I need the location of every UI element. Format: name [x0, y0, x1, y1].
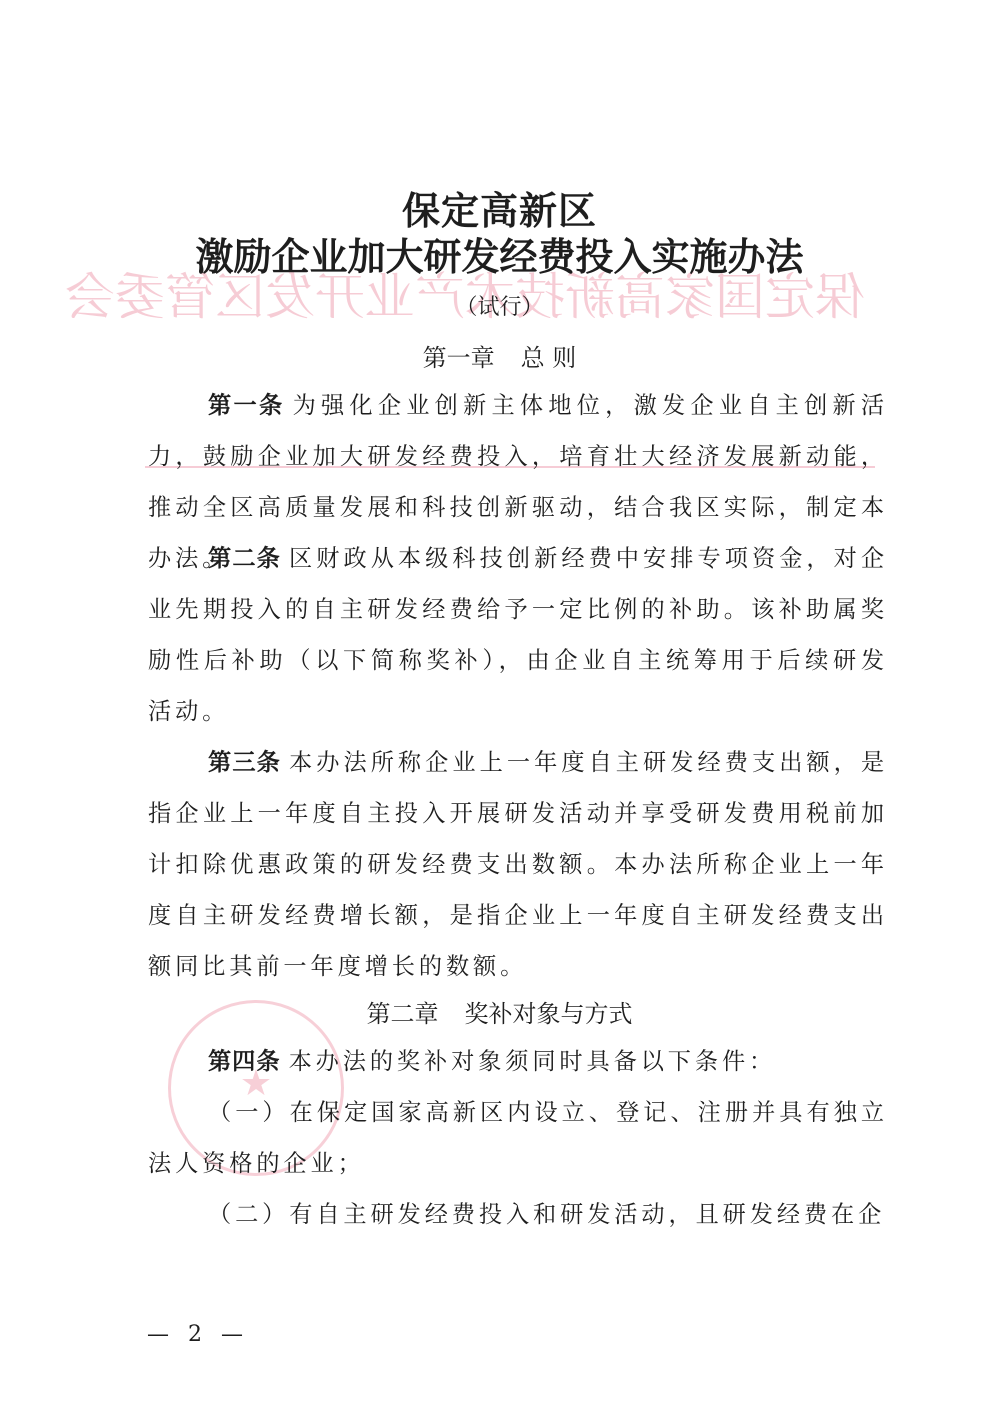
- chapter-label: 第二章: [367, 1000, 439, 1028]
- item-text: （二）有自主研发经费投入和研发活动，且研发经费在企: [208, 1201, 885, 1228]
- chapter-title: 总 则: [521, 344, 577, 372]
- chapter-title: 奖补对象与方式: [465, 1000, 633, 1028]
- article-2: 第二条区财政从本级科技创新经费中安排专项资金，对企业先期投入的自主研发经费给予一…: [148, 533, 888, 737]
- document-page: 保 定 国 家 高 新 技 术 产 业 开 发 区 管 委 会 ★ 保定高新区 …: [0, 0, 999, 1413]
- document-title-line2: 激励企业加大研发经费投入实施办法: [0, 226, 999, 281]
- page-number: — 2 —: [147, 1322, 249, 1347]
- article-4: 第四条本办法的奖补对象须同时具备以下条件：: [148, 1036, 888, 1087]
- document-subtitle: （试行）: [0, 290, 999, 321]
- article-4-item-2: （二）有自主研发经费投入和研发活动，且研发经费在企: [148, 1189, 888, 1240]
- chapter-heading-1: 第一章总 则: [0, 338, 999, 373]
- article-text: 区财政从本级科技创新经费中安排专项资金，对企业先期投入的自主研发经费给予一定比例…: [148, 545, 888, 725]
- item-text: （一）在保定国家高新区内设立、登记、注册并具有独立法人资格的企业；: [148, 1099, 888, 1177]
- chapter-label: 第一章: [423, 344, 495, 372]
- article-label: 第一条: [208, 392, 285, 419]
- article-label: 第四条: [208, 1048, 281, 1075]
- chapter-heading-2: 第二章奖补对象与方式: [0, 994, 999, 1029]
- article-label: 第二条: [208, 545, 281, 572]
- article-4-item-1: （一）在保定国家高新区内设立、登记、注册并具有独立法人资格的企业；: [148, 1087, 888, 1189]
- article-3: 第三条本办法所称企业上一年度自主研发经费支出额，是指企业上一年度自主投入开展研发…: [148, 737, 888, 992]
- article-text: 本办法所称企业上一年度自主研发经费支出额，是指企业上一年度自主投入开展研发活动并…: [148, 749, 888, 980]
- article-text: 本办法的奖补对象须同时具备以下条件：: [289, 1048, 777, 1075]
- article-label: 第三条: [208, 749, 281, 776]
